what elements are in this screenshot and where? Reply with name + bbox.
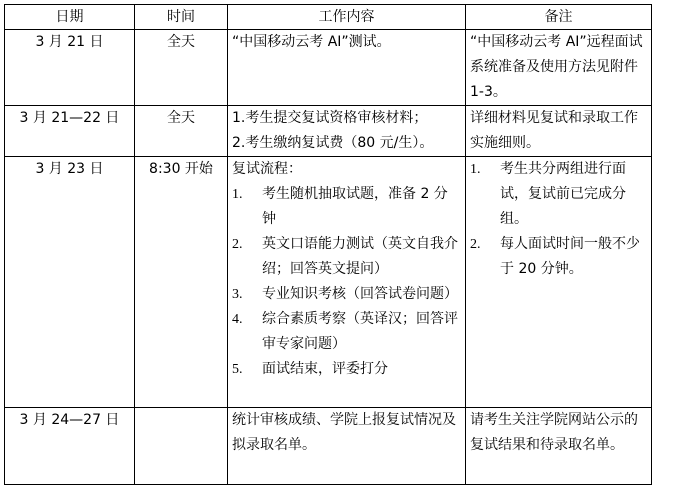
time-cell: 8:30 开始 — [135, 157, 228, 408]
header-note: 备注 — [466, 5, 652, 30]
date-cell: 3 月 24—27 日 — [5, 408, 135, 485]
header-date: 日期 — [5, 5, 135, 30]
content-cell: 统计审核成绩、学院上报复试情况及拟录取名单。 — [228, 408, 466, 485]
time-cell — [135, 408, 228, 485]
list-item: 3.专业知识考核（回答试卷问题） — [232, 282, 461, 307]
table-row: 3 月 21 日 全天 “中国移动云考 AI”测试。 “中国移动云考 AI”远程… — [5, 30, 652, 106]
list-item: 4.综合素质考察（英译汉；回答评审专家问题） — [232, 307, 461, 357]
table-row: 3 月 23 日 8:30 开始 复试流程： 1.考生随机抽取试题，准备 2 分… — [5, 157, 652, 408]
note-cell: 请考生关注学院网站公示的复试结果和待录取名单。 — [466, 408, 652, 485]
header-content: 工作内容 — [228, 5, 466, 30]
date-cell: 3 月 21 日 — [5, 30, 135, 106]
table-row: 3 月 21—22 日 全天 1.考生提交复试资格审核材料； 2.考生缴纳复试费… — [5, 106, 652, 157]
list-item: 2.每人面试时间一般不少于 20 分钟。 — [470, 232, 647, 282]
list-item: 2.英文口语能力测试（英文自我介绍；回答英文提问） — [232, 232, 461, 282]
table-row: 3 月 24—27 日 统计审核成绩、学院上报复试情况及拟录取名单。 请考生关注… — [5, 408, 652, 485]
note-cell: “中国移动云考 AI”远程面试系统准备及使用方法见附件 1-3。 — [466, 30, 652, 106]
header-time: 时间 — [135, 5, 228, 30]
note-cell: 详细材料见复试和录取工作实施细则。 — [466, 106, 652, 157]
list-item: 1.考生共分两组进行面试，复试前已完成分组。 — [470, 157, 647, 232]
content-title: 复试流程： — [232, 157, 461, 182]
date-cell: 3 月 21—22 日 — [5, 106, 135, 157]
note-list: 1.考生共分两组进行面试，复试前已完成分组。 2.每人面试时间一般不少于 20 … — [470, 157, 647, 282]
content-cell: “中国移动云考 AI”测试。 — [228, 30, 466, 106]
content-cell: 1.考生提交复试资格审核材料； 2.考生缴纳复试费（80 元/生）。 — [228, 106, 466, 157]
date-cell: 3 月 23 日 — [5, 157, 135, 408]
schedule-table: 日期 时间 工作内容 备注 3 月 21 日 全天 “中国移动云考 AI”测试。… — [4, 4, 652, 485]
header-row: 日期 时间 工作内容 备注 — [5, 5, 652, 30]
content-line: 2.考生缴纳复试费（80 元/生）。 — [232, 131, 461, 156]
time-cell: 全天 — [135, 106, 228, 157]
content-line: 1.考生提交复试资格审核材料； — [232, 106, 461, 131]
note-cell: 1.考生共分两组进行面试，复试前已完成分组。 2.每人面试时间一般不少于 20 … — [466, 157, 652, 408]
list-item: 5.面试结束，评委打分 — [232, 357, 461, 382]
list-item: 1.考生随机抽取试题，准备 2 分钟 — [232, 182, 461, 232]
procedure-list: 1.考生随机抽取试题，准备 2 分钟 2.英文口语能力测试（英文自我介绍；回答英… — [232, 182, 461, 382]
content-cell: 复试流程： 1.考生随机抽取试题，准备 2 分钟 2.英文口语能力测试（英文自我… — [228, 157, 466, 408]
time-cell: 全天 — [135, 30, 228, 106]
